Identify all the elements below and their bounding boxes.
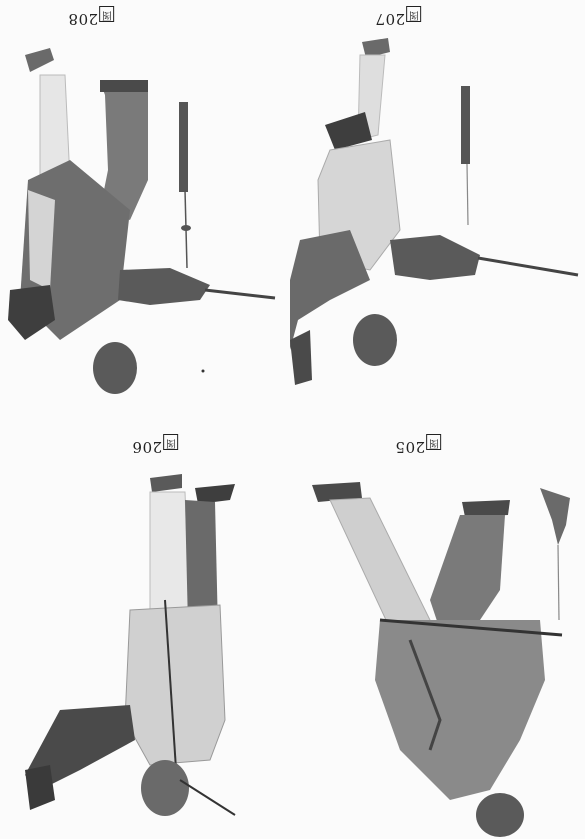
caption-prefix: 图	[163, 434, 178, 450]
book-page: 图208 图207	[0, 0, 585, 839]
caption-number: 208	[68, 10, 98, 28]
caption-number: 205	[395, 438, 425, 456]
figure-206-illustration	[0, 420, 290, 839]
caption-prefix: 图	[426, 434, 441, 450]
figure-205-caption: 图205	[395, 434, 441, 456]
caption-prefix: 图	[406, 6, 421, 22]
figure-207-illustration	[290, 0, 585, 420]
figure-205: 图205	[290, 420, 585, 839]
caption-prefix: 图	[99, 6, 114, 22]
figure-205-illustration	[290, 420, 585, 839]
caption-number: 206	[132, 438, 162, 456]
figure-208: 图208	[0, 0, 290, 420]
caption-number: 207	[375, 10, 405, 28]
figure-207: 图207	[290, 0, 585, 420]
figure-206: 图206	[0, 420, 290, 839]
figure-206-caption: 图206	[132, 434, 178, 456]
figure-208-caption: 图208	[68, 6, 114, 28]
figure-207-caption: 图207	[375, 6, 421, 28]
figure-208-illustration	[0, 0, 290, 420]
